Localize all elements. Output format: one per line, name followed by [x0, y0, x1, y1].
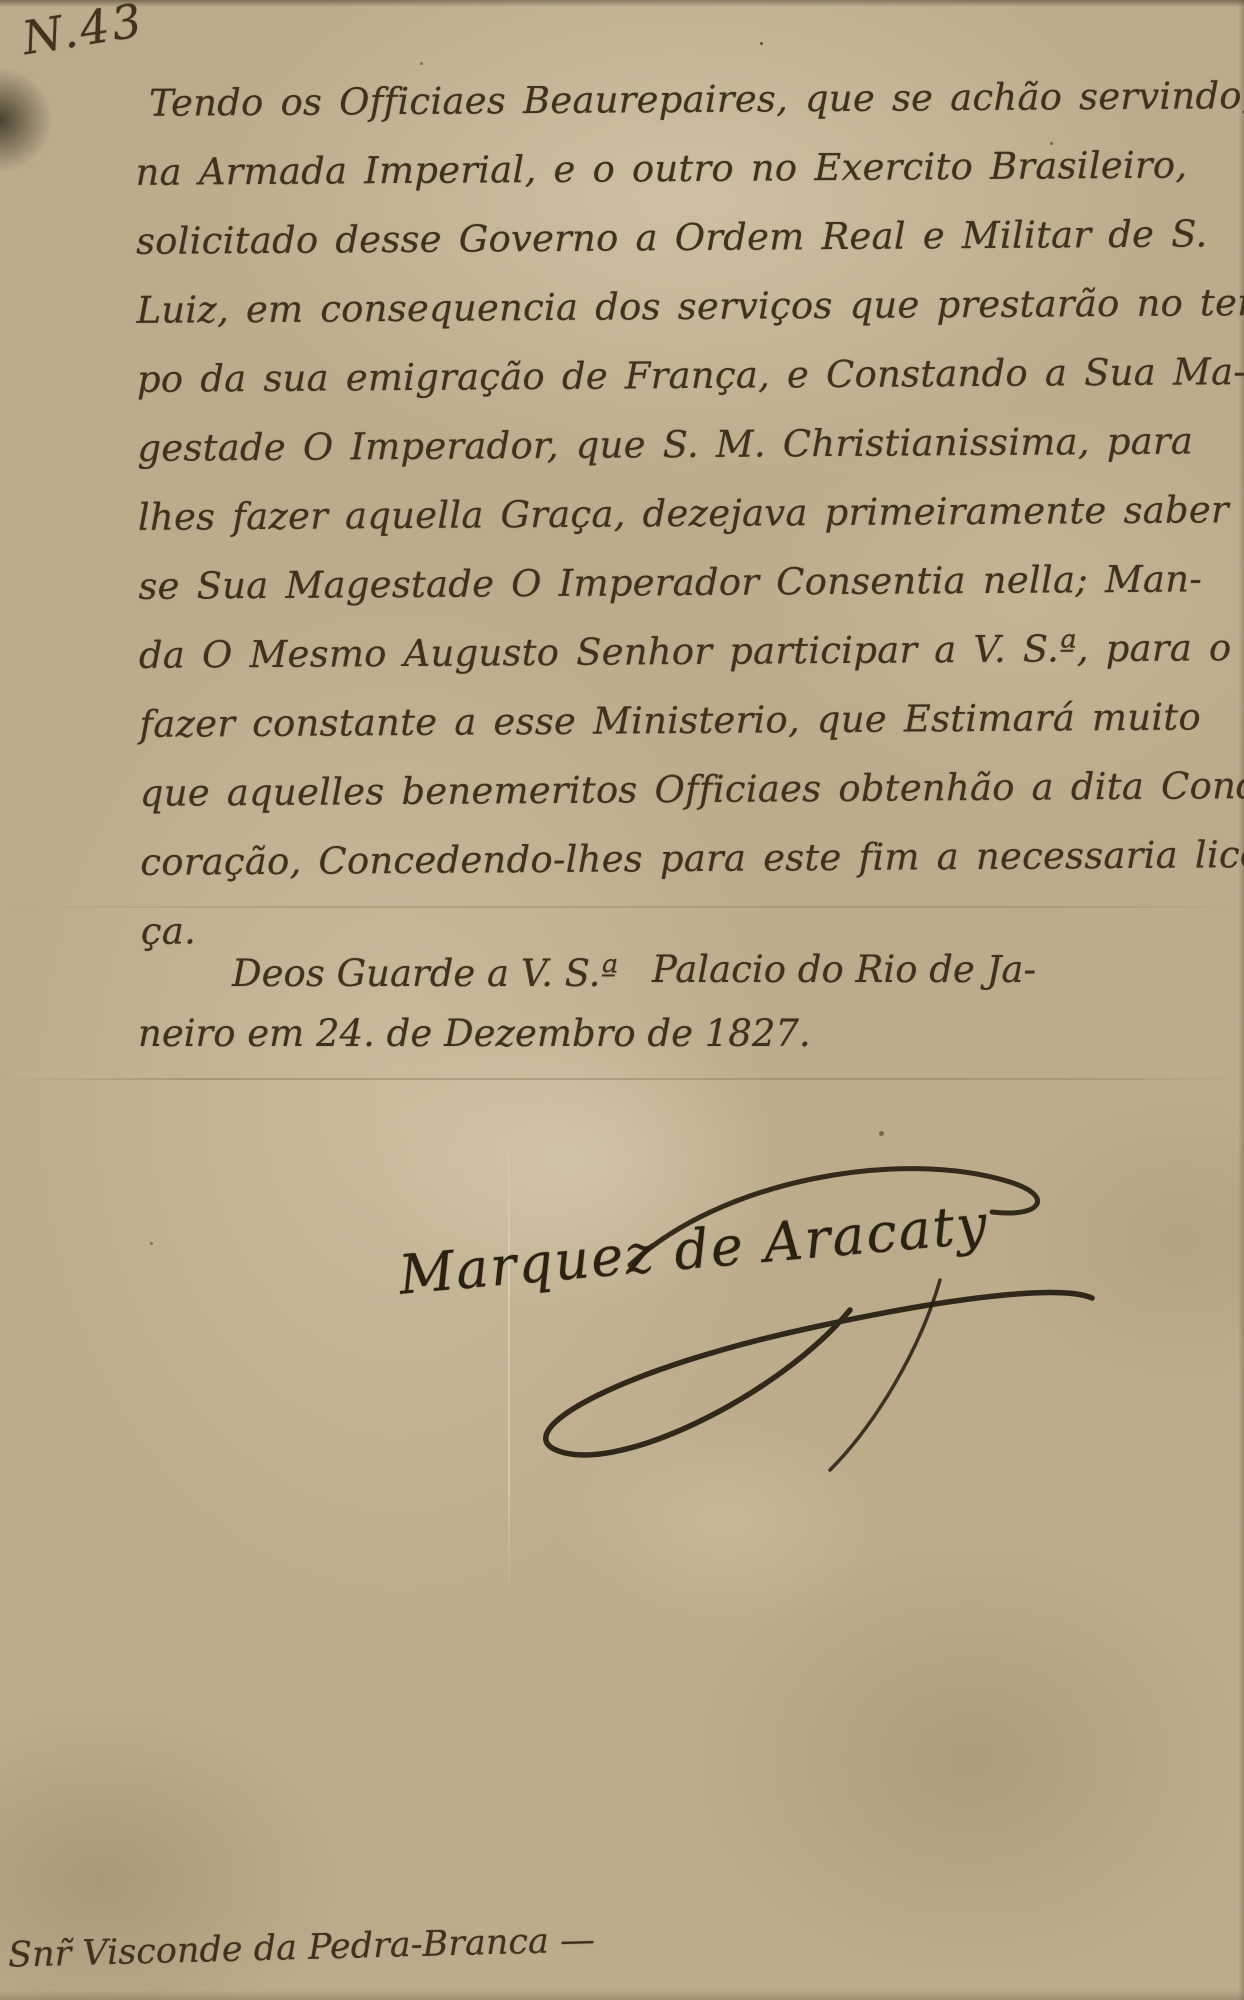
horizontal-crease: [0, 1078, 1244, 1080]
manuscript-line: fazer constante a esse Ministerio, que E…: [139, 695, 1243, 772]
manuscript-photo: { "letter": { "doc_number": "N.43", "bod…: [0, 0, 1244, 2000]
manuscript-line: lhes fazer aquella Graça, dezejava prime…: [138, 488, 1242, 565]
manuscript-line: da O Mesmo Augusto Senhor participar a V…: [139, 626, 1243, 703]
valediction: Deos Guarde a V. S.ª: [232, 952, 618, 995]
manuscript-line: solicitado desse Governo a Ordem Real e …: [136, 212, 1240, 289]
manuscript-line: na Armada Imperial, e o outro no Exercit…: [135, 143, 1239, 220]
manuscript-line: Tendo os Officiaes Beaurepaires, que se …: [135, 74, 1239, 151]
manuscript-line: gestade O Imperador, que S. M. Christian…: [137, 419, 1241, 496]
manuscript-line: que aquelles benemeritos Officiaes obten…: [140, 764, 1244, 841]
date-line: neiro em 24. de Dezembro de 1827.: [138, 1012, 811, 1055]
signature-flourish: [330, 1140, 1150, 1540]
manuscript-line: Luiz, em consequencia dos serviços que p…: [136, 281, 1240, 358]
place-line: Palacio do Rio de Ja-: [652, 948, 1036, 991]
manuscript-line: se Sua Magestade O Imperador Consentia n…: [138, 557, 1242, 634]
manuscript-line: po da sua emigração de França, e Constan…: [137, 350, 1241, 427]
letter-body: Tendo os Officiaes Beaurepaires, que se …: [135, 74, 1244, 979]
ink-specks: [760, 42, 763, 45]
manuscript-line: coração, Concedendo-lhes para este fim a…: [140, 833, 1244, 910]
